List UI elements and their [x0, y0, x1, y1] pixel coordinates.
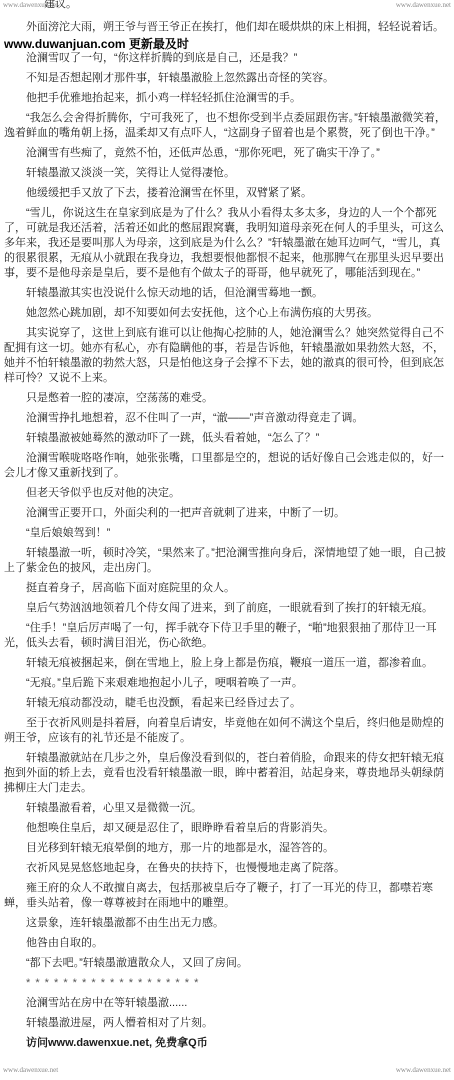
paragraph: 轩辕墨澈进屋，两人懵着相对了片刻。 [4, 1016, 450, 1031]
paragraph: “我怎么会舍得折腾你，宁可我死了，也不想你受到半点委屈跟伤害。”轩辕墨澈微笑着，… [4, 111, 450, 141]
paragraph: “皇后娘娘驾到！” [4, 526, 450, 541]
update-watermark-line: www.duwanjuan.com 更新最及时 [4, 37, 450, 52]
paragraph: 他咎由自取的。 [4, 936, 450, 951]
clipped-text-fragment: 建议。 [44, 0, 77, 11]
paragraph: 沧澜雪挣扎地想着，忍不住叫了一声，“澈——”声音激动得竟走了调。 [4, 411, 450, 426]
paragraph: “住手！”皇后厉声喝了一句，挥手就夺下侍卫手里的鞭子，“啪”地狠狠抽了那侍卫一耳… [4, 621, 450, 651]
paragraph: 沧澜雪站在房中在等轩辕墨澈...... [4, 996, 450, 1011]
page: { "watermarks": { "corner": "www.dawenxu… [0, 0, 454, 1080]
paragraph: 至于衣祈风则是抖着唇，向着皇后请安，毕竟他在如何不满这个皇后，终归他是勋煌的朔王… [4, 716, 450, 746]
site-watermark-bottom-right: www.dawenxue.net [396, 1066, 451, 1074]
paragraph: 挺直着身子，居高临下面对庭院里的众人。 [4, 581, 450, 596]
paragraph: 不知是否想起刚才那件事，轩辕墨澈脸上忽然露出奇怪的笑容。 [4, 71, 450, 86]
paragraph-list: 外面滂沱大雨，朔王爷与晋王爷正在挨打，他们却在暖烘烘的床上相拥，轻轻说着话。ww… [4, 20, 450, 1031]
paragraph: 沧澜雪有些痴了，竟然不怕，还低声怂恿，“那你死吧，死了确实干净了。” [4, 146, 450, 161]
paragraph: 皇后气势汹汹地领着几个侍女闯了进来，到了前庭，一眼就看到了挨打的轩辕无痕。 [4, 601, 450, 616]
paragraph: 衣祈风晃晃悠悠地起身，在鲁央的扶持下，也慢慢地走离了院落。 [4, 861, 450, 876]
paragraph: 目光移到轩辕无痕晕倒的地方，那一片的地都是水，湿答答的。 [4, 841, 450, 856]
paragraph: 沧澜雪正要开口，外面尖利的一把声音就刺了进来，中断了一切。 [4, 506, 450, 521]
paragraph: 轩辕墨澈一听，顿时冷笑，“果然来了。”把沧澜雪推向身后，深情地望了她一眼，自己披… [4, 546, 450, 576]
paragraph: 他缓缓把手又放了下去，搂着沧澜雪在怀里，双臂紧了紧。 [4, 186, 450, 201]
paragraph: 轩辕墨澈又淡淡一笑，笑得让人觉得凄怆。 [4, 166, 450, 181]
paragraph: 轩辕墨澈看着，心里又是微微一沉。 [4, 801, 450, 816]
novel-text: 外面滂沱大雨，朔王爷与晋王爷正在挨打，他们却在暖烘烘的床上相拥，轻轻说着话。ww… [4, 20, 450, 1056]
paragraph: 只是憋着一腔的凄凉，空荡荡的难受。 [4, 391, 450, 406]
paragraph: 她忽然心跳加剧，却不知要如何去安抚他，这个心上布满伤痕的大男孩。 [4, 306, 450, 321]
paragraph: 这景象，连轩辕墨澈都不由生出无力感。 [4, 916, 450, 931]
paragraph: 沧澜雪喉咙咯咯作响，她张张嘴，口里都是空的，想说的话好像自己会逃走似的，好一会儿… [4, 451, 450, 481]
paragraph: 他把手优雅地抬起来，抓小鸡一样轻轻抓住沧澜雪的手。 [4, 91, 450, 106]
site-watermark-bottom-left: www.dawenxue.net [3, 1066, 58, 1074]
paragraph: “都下去吧。”轩辕墨澈遣散众人，又回了房间。 [4, 956, 450, 971]
paragraph: 轩辕墨澈其实也没说什么惊天动地的话，但沧澜雪蓦地一颤。 [4, 286, 450, 301]
paragraph: 轩辕墨澈被她蓦然的激动吓了一跳，低头看着她，“怎么了？” [4, 431, 450, 446]
paragraph: 但老天爷似乎也反对他的决定。 [4, 486, 450, 501]
paragraph: 其实说穿了，这世上到底有谁可以让他掏心挖肺的人，她沧澜雪么？她突然觉得自己不配拥… [4, 326, 450, 386]
paragraph: “无痕。”皇后跪下来艰难地抱起小儿子，哽咽着唤了一声。 [4, 676, 450, 691]
paragraph: 沧澜雪叹了一句，“你这样折腾的到底是自己，还是我？” [4, 51, 450, 66]
paragraph: “雪儿，你说这生在皇家到底是为了什么？我从小看得太多太多，身边的人一个个都死了，… [4, 206, 450, 281]
footer-watermark-line: 访问www.dawenxue.net, 免费拿Q币 [4, 1036, 450, 1051]
paragraph: 轩辕无痕被捆起来，倒在雪地上，脸上身上都是伤痕，鞭痕一道压一道，都渗着血。 [4, 656, 450, 671]
site-watermark-top-right: www.dawenxue.net [396, 1, 451, 9]
scene-separator: * * * * * * * * * * * * * * * * * * * [4, 976, 450, 991]
paragraph: 外面滂沱大雨，朔王爷与晋王爷正在挨打，他们却在暖烘烘的床上相拥，轻轻说着话。 [4, 20, 450, 35]
paragraph: 他想唤住皇后，却又硬是忍住了，眼睁睁看着皇后的背影消失。 [4, 821, 450, 836]
paragraph: 轩辕无痕动都没动，睫毛也没颤，看起来已经昏过去了。 [4, 696, 450, 711]
paragraph: 轩辕墨澈就站在几步之外，皇后像没看到似的，苍白着俏脸，命跟来的侍女把轩辕无痕抱到… [4, 751, 450, 796]
paragraph: 雍王府的众人不敢擅自离去，包括那被皇后夺了鞭子，打了一耳光的侍卫，都噤若寒蝉，垂… [4, 881, 450, 911]
